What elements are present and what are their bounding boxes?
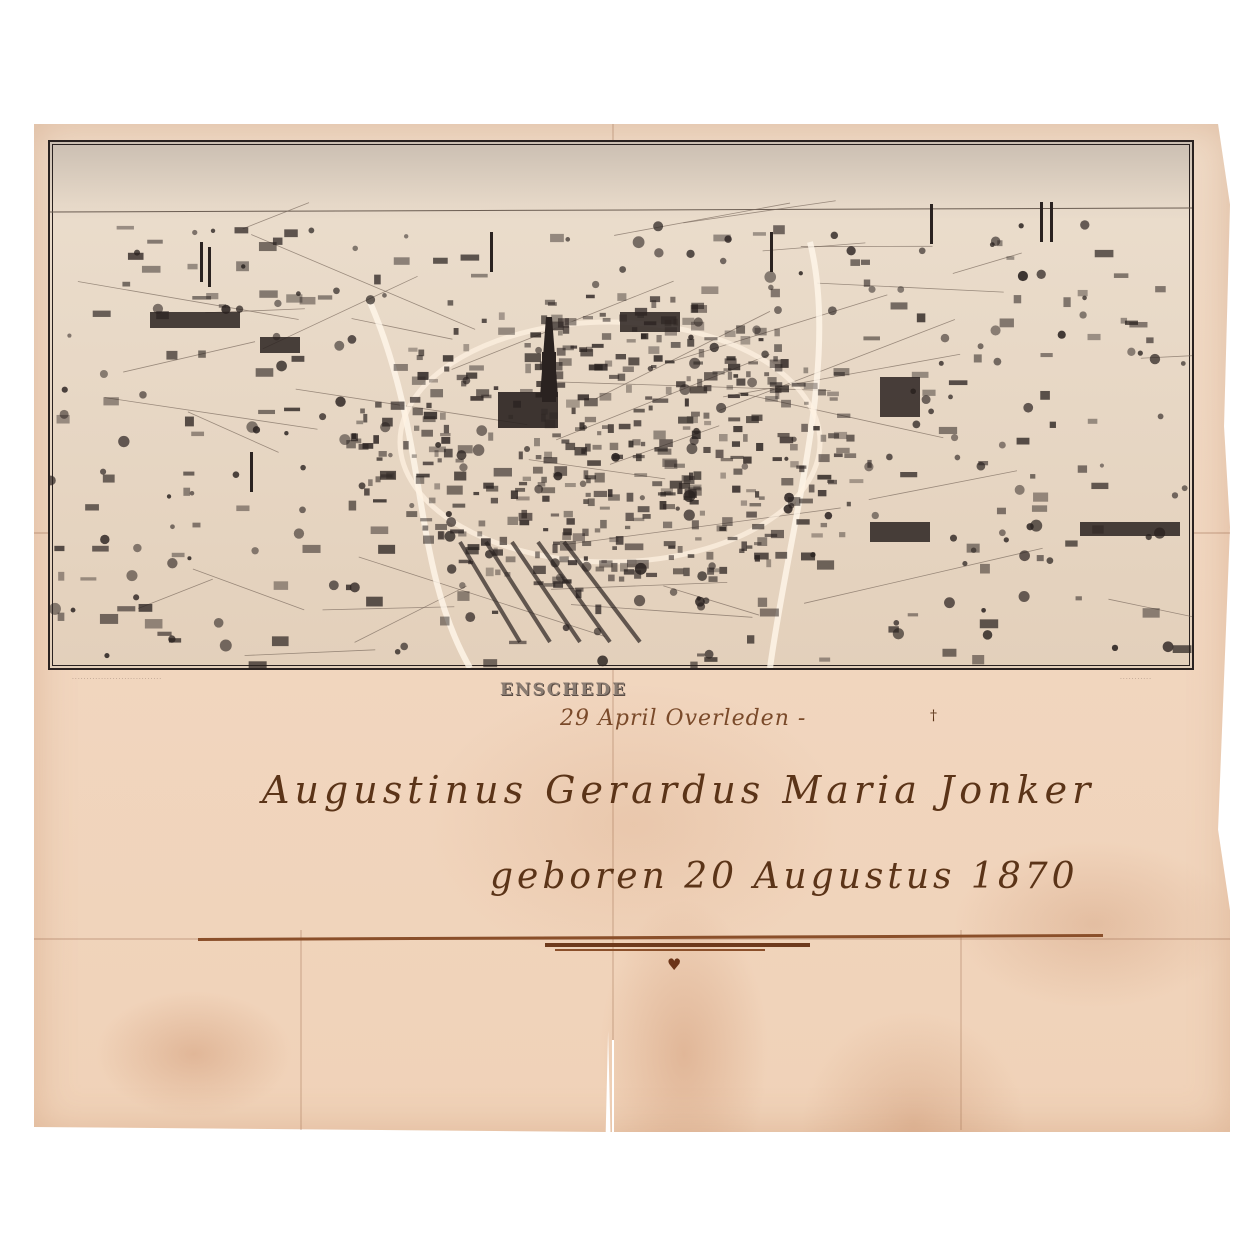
cross-mark-icon: †: [930, 708, 937, 724]
engraving-caption: ENSCHEDE: [500, 680, 627, 700]
handwritten-birth-date: geboren 20 Augustus 1870: [490, 856, 1079, 897]
printer-imprint-right: ...........: [1120, 674, 1152, 681]
town-illustration: [50, 142, 1192, 668]
heart-mark-icon: ♥: [667, 955, 681, 974]
handwritten-full-name: Augustinus Gerardus Maria Jonker: [262, 768, 1095, 812]
printer-imprint-left: ...............................: [72, 674, 162, 681]
fold-line: [300, 930, 302, 1130]
handwritten-death-date: 29 April Overleden -: [560, 706, 806, 731]
ink-underline-short: [545, 943, 810, 947]
fold-line: [960, 930, 962, 1130]
ink-underline-short: [555, 949, 765, 951]
town-view-engraving: [48, 140, 1194, 670]
paper-tear: [612, 1040, 614, 1132]
